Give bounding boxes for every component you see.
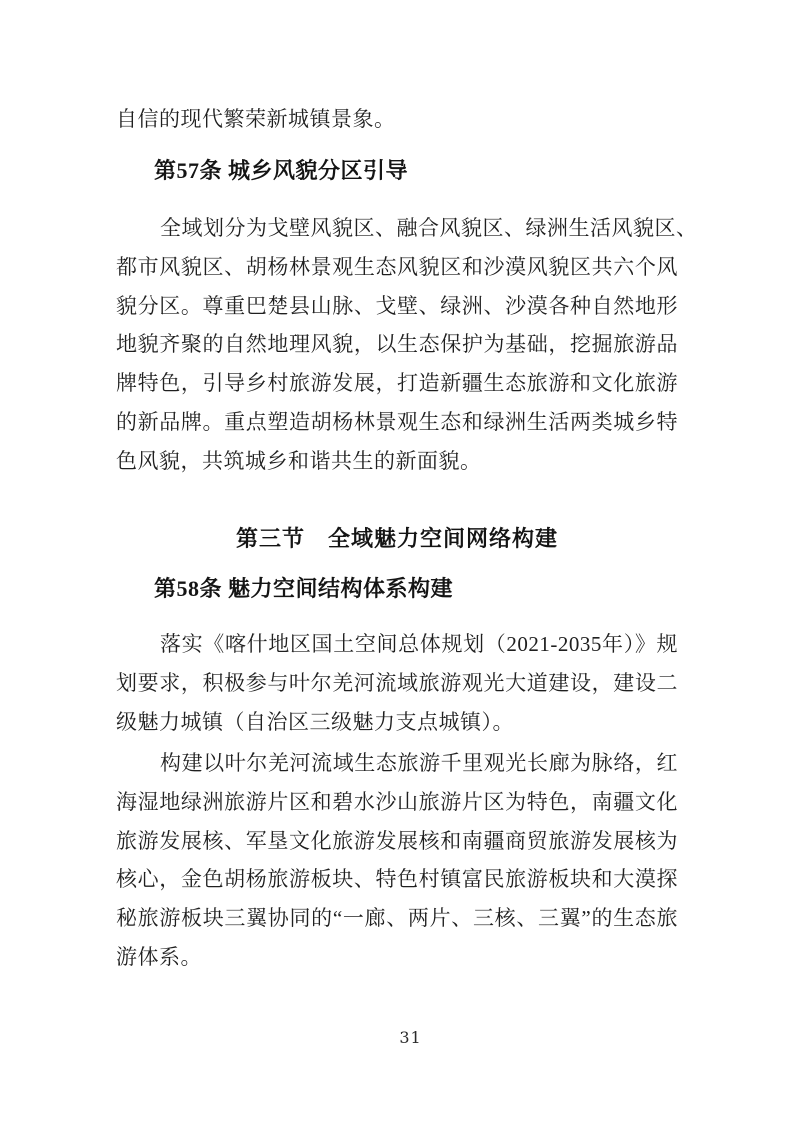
- document-page: 自信的现代繁荣新城镇景象。 第57条 城乡风貌分区引导 全域划分为戈壁风貌区、融…: [0, 0, 793, 1122]
- text-line: 构建以叶尔羌河流域生态旅游千里观光长廊为脉络，红: [116, 744, 678, 783]
- article-58-paragraph-2: 构建以叶尔羌河流域生态旅游千里观光长廊为脉络，红海湿地绿洲旅游片区和碧水沙山旅游…: [116, 744, 678, 977]
- paragraph-continuation-line: 自信的现代繁荣新城镇景象。: [116, 100, 678, 139]
- text-line: 的新品牌。重点塑造胡杨林景观生态和绿洲生活两类城乡特: [116, 403, 678, 442]
- text-line: 游体系。: [116, 938, 678, 977]
- article-57-heading: 第57条 城乡风貌分区引导: [116, 156, 716, 186]
- article-57-paragraph: 全域划分为戈壁风貌区、融合风貌区、绿洲生活风貌区、都市风貌区、胡杨林景观生态风貌…: [116, 209, 678, 481]
- text-line: 核心，金色胡杨旅游板块、特色村镇富民旅游板块和大漠探: [116, 860, 678, 899]
- text-line: 海湿地绿洲旅游片区和碧水沙山旅游片区为特色，南疆文化: [116, 783, 678, 822]
- text-line: 秘旅游板块三翼协同的“一廊、两片、三核、三翼”的生态旅: [116, 899, 678, 938]
- page-number: 31: [0, 1028, 793, 1047]
- text-line: 全域划分为戈壁风貌区、融合风貌区、绿洲生活风貌区、: [116, 209, 678, 248]
- text-line: 地貌齐聚的自然地理风貌，以生态保护为基础，挖掘旅游品: [116, 325, 678, 364]
- text-line: 牌特色，引导乡村旅游发展，打造新疆生态旅游和文化旅游: [116, 364, 678, 403]
- text-line: 落实《喀什地区国土空间总体规划（2021-2035年）》规: [116, 625, 678, 664]
- section-3-heading: 第三节 全域魅力空间网络构建: [116, 524, 678, 554]
- text-line: 貌分区。尊重巴楚县山脉、戈壁、绿洲、沙漠各种自然地形: [116, 287, 678, 326]
- text-line: 都市风貌区、胡杨林景观生态风貌区和沙漠风貌区共六个风: [116, 248, 678, 287]
- text-line: 划要求，积极参与叶尔羌河流域旅游观光大道建设，建设二: [116, 664, 678, 703]
- article-58-paragraph-1: 落实《喀什地区国土空间总体规划（2021-2035年）》规划要求，积极参与叶尔羌…: [116, 625, 678, 741]
- text-line: 级魅力城镇（自治区三级魅力支点城镇）。: [116, 703, 678, 742]
- article-58-heading: 第58条 魅力空间结构体系构建: [116, 574, 716, 604]
- text-line: 旅游发展核、军垦文化旅游发展核和南疆商贸旅游发展核为: [116, 822, 678, 861]
- text-line: 色风貌，共筑城乡和谐共生的新面貌。: [116, 442, 678, 481]
